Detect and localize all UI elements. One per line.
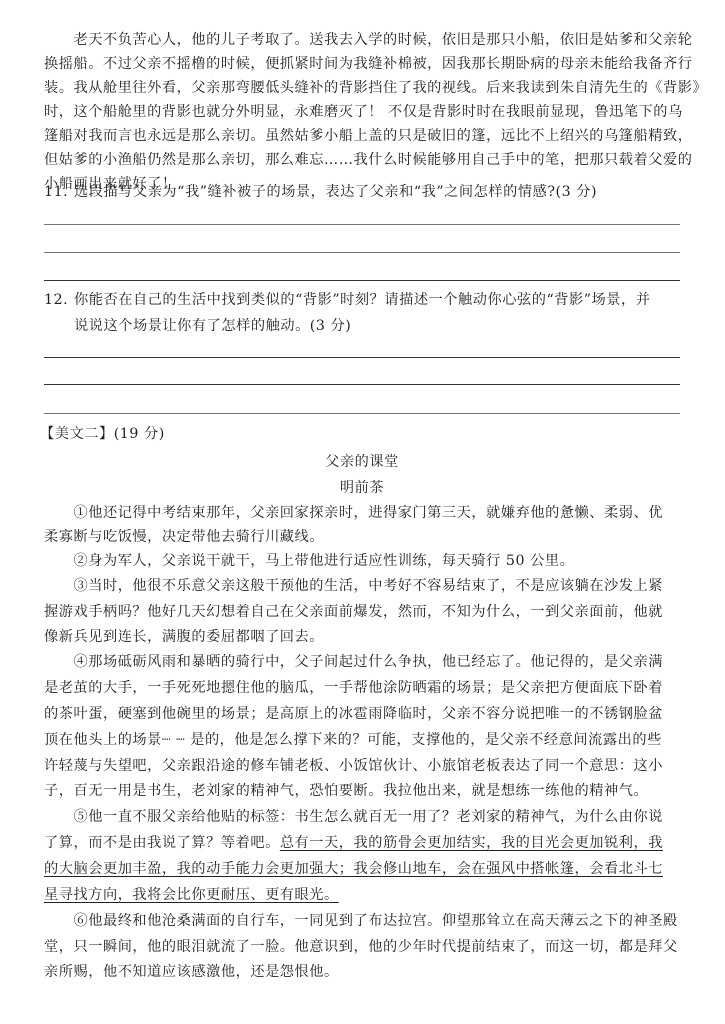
question-text: 选段描写父亲为“我”缝补被子的场景，表达了父亲和“我”之间怎样的情感?(3 分) [74, 180, 714, 204]
article-line: 了算，而不是由我说了算？等着吧。总有一天，我的筋骨会更加结实，我的目光会更加锐利… [44, 831, 684, 855]
article-line: 堂，只一瞬间，他的眼泪就流了一脸。他意识到，他的少年时代提前结束了，而这一切，都… [44, 935, 684, 959]
question-text: 你能否在自己的生活中找到类似的“背影”时刻？请描述一个触动你心弦的“背影”场景，… [74, 288, 714, 312]
article-line: 柔寡断与吃饭慢，决定带他去骑行川藏线。 [44, 525, 684, 549]
article-line: 的茶叶蛋，硬塞到他碗里的场景；是高原上的冰雹雨降临时，父亲不容分说把唯一的不锈钢… [44, 702, 684, 726]
article-line: 星寻找方向，我将会比你更耐压、更有眼光。 [44, 883, 684, 907]
passage-line: 装。我从舱里往外看，父亲那弯腰低头缝补的背影挡住了我的视线。后来我读到朱自清先生… [44, 76, 684, 100]
article-line: 亲所赐，他不知道应该感激他，还是怨恨他。 [44, 960, 684, 984]
article-line: ①他还记得中考结束那年，父亲回家探亲时，进得家门第三天，就嫌弃他的惫懒、柔弱、优 [44, 501, 684, 525]
article-title: 父亲的课堂 [44, 450, 680, 474]
article-author: 明前茶 [44, 476, 680, 500]
article-line: 许轻蔑与失望吧，父亲跟沿途的修车铺老板、小饭馆伙计、小旅馆老板表达了同一个意思：… [44, 754, 684, 778]
passage-line: 篷船对我而言也永远是那么亲切。虽然姑爹小船上盖的只是破旧的篷，远比不上绍兴的乌篷… [44, 124, 684, 148]
answer-line[interactable] [44, 252, 680, 253]
answer-line[interactable] [44, 413, 680, 414]
passage-line: 老天不负苦心人，他的儿子考取了。送我去入学的时候，依旧是那只小船，依旧是姑爹和父… [44, 28, 684, 52]
article-line: ④那场砥砺风雨和暴晒的骑行中，父子间起过什么争执，他已经忘了。他记得的，是父亲满 [44, 650, 684, 674]
answer-line[interactable] [44, 357, 680, 358]
question-text: 说说这个场景让你有了怎样的触动。(3 分) [74, 314, 714, 338]
article-line: ③当时，他很不乐意父亲这般干预他的生活，中考好不容易结束了，不是应该躺在沙发上紧 [44, 574, 684, 598]
article-line: ②身为军人，父亲说干就干，马上带他进行适应性训练，每天骑行 50 公里。 [44, 549, 684, 573]
article-line: 子，百无一用是书生，老刘家的精神气，恐怕要断。我拉他出来，就是想练一练他的精神气… [44, 779, 684, 803]
passage-line: 换摇船。不过父亲不摇橹的时候，便抓紧时间为我缝补棉被，因我那长期卧病的母亲未能给… [44, 52, 684, 76]
plain-text: 了算，而不是由我说了算？等着吧。 [44, 835, 280, 851]
article-line: 像新兵见到连长，满腹的委屈都咽了回去。 [44, 625, 684, 649]
answer-line[interactable] [44, 280, 680, 281]
article-line: ⑥他最终和他沧桑满面的自行车，一同见到了布达拉宫。仰望那耸立在高天薄云之下的神圣… [44, 909, 684, 933]
article-line: 是老茧的大手，一手死死地摁住他的脑瓜，一手帮他涂防晒霜的场景；是父亲把方便面底下… [44, 676, 684, 700]
exam-page: 老天不负苦心人，他的儿子考取了。送我去入学的时候，依旧是那只小船，依旧是姑爹和父… [0, 0, 725, 1024]
passage-line: 时，这个船舱里的背影也就分外明显，永难磨灭了！ 不仅是背影时时在我眼前显现，鲁迅… [44, 100, 684, 124]
underlined-sentence: 星寻找方向，我将会比你更耐压、更有眼光。 [44, 887, 339, 903]
section-heading: 【美文二】(19 分) [40, 422, 680, 446]
answer-line[interactable] [44, 224, 680, 225]
article-line: 的大脑会更加丰盈，我的动手能力会更加强大；我会修山地车，会在强风中搭帐篷，会看北… [44, 857, 684, 881]
underlined-sentence: 的大脑会更加丰盈，我的动手能力会更加强大；我会修山地车，会在强风中搭帐篷，会看北… [44, 861, 663, 877]
underlined-sentence: 总有一天，我的筋骨会更加结实，我的目光会更加锐利，我 [280, 835, 663, 851]
answer-line[interactable] [44, 384, 680, 385]
article-line: 握游戏手柄吗？他好几天幻想着自己在父亲面前爆发，然而，不知为什么，一到父亲面前，… [44, 600, 684, 624]
passage-line: 但姑爹的小渔船仍然是那么亲切，那么难忘……我什么时候能够用自己手中的笔，把那只载… [44, 148, 684, 172]
article-line: ⑤他一直不服父亲给他贴的标签：书生怎么就百无一用了？老刘家的精神气，为什么由你说 [44, 805, 684, 829]
article-line: 顶在他头上的场景┈ ┈ 是的，他是怎么撑下来的？可能，支撑他的，是父亲不经意间流… [44, 728, 684, 752]
